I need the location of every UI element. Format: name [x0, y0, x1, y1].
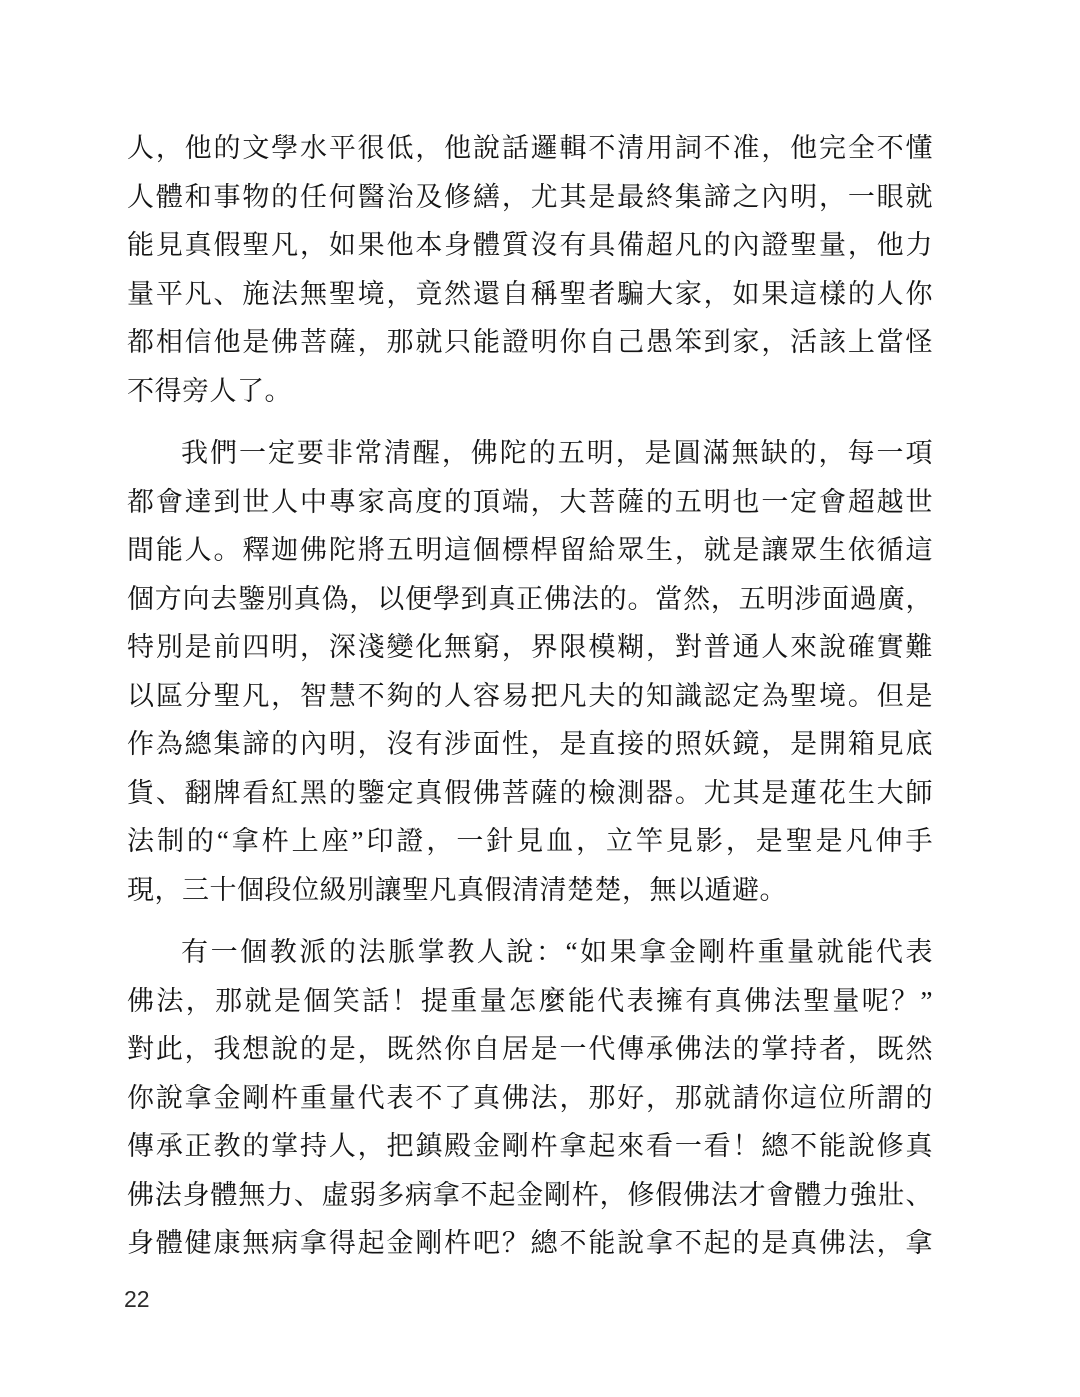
text-line: 特別是前四明，深淺變化無窮，界限模糊，對普通人來說確實難 — [127, 623, 933, 672]
paragraph-1: 人，他的文學水平很低，他說話邏輯不清用詞不准，他完全不懂 人體和事物的任何醫治及… — [127, 124, 933, 415]
text-line: 都會達到世人中專家高度的頂端，大菩薩的五明也一定會超越世 — [127, 478, 933, 527]
text-line: 身體健康無病拿得起金剛杵吧？總不能說拿不起的是真佛法，拿 — [127, 1219, 933, 1268]
text-line: 貨、翻牌看紅黑的鑒定真假佛菩薩的檢測器。尤其是蓮花生大師 — [127, 769, 933, 818]
text-line: 現，三十個段位級別讓聖凡真假清清楚楚，無以遁避。 — [127, 866, 933, 915]
paragraph-3: 有一個教派的法脈掌教人說：“如果拿金剛杵重量就能代表 佛法，那就是個笑話！提重量… — [127, 928, 933, 1268]
text-line: 能見真假聖凡，如果他本身體質沒有具備超凡的內證聖量，他力 — [127, 221, 933, 270]
text-line: 法制的“拿杵上座”印證，一針見血，立竿見影，是聖是凡伸手 — [127, 817, 933, 866]
document-page: 人，他的文學水平很低，他說話邏輯不清用詞不准，他完全不懂 人體和事物的任何醫治及… — [0, 0, 1080, 1397]
text-line: 傳承正教的掌持人，把鎮殿金剛杵拿起來看一看！總不能說修真 — [127, 1122, 933, 1171]
page-number: 22 — [124, 1286, 150, 1313]
text-line: 佛法身體無力、虛弱多病拿不起金剛杵，修假佛法才會體力強壯、 — [127, 1171, 933, 1220]
text-line: 作為總集諦的內明，沒有涉面性，是直接的照妖鏡，是開箱見底 — [127, 720, 933, 769]
text-line: 你說拿金剛杵重量代表不了真佛法，那好，那就請你這位所謂的 — [127, 1074, 933, 1123]
text-line: 有一個教派的法脈掌教人說：“如果拿金剛杵重量就能代表 — [127, 928, 933, 977]
text-line: 不得旁人了。 — [127, 367, 933, 416]
body-text: 人，他的文學水平很低，他說話邏輯不清用詞不准，他完全不懂 人體和事物的任何醫治及… — [127, 124, 933, 1282]
text-line: 都相信他是佛菩薩，那就只能證明你自己愚笨到家，活該上當怪 — [127, 318, 933, 367]
text-line: 量平凡、施法無聖境，竟然還自稱聖者騙大家，如果這樣的人你 — [127, 270, 933, 319]
text-line: 人體和事物的任何醫治及修繕，尤其是最終集諦之內明，一眼就 — [127, 173, 933, 222]
text-line: 個方向去鑒別真偽，以便學到真正佛法的。當然，五明涉面過廣， — [127, 575, 933, 624]
text-line: 佛法，那就是個笑話！提重量怎麼能代表擁有真佛法聖量呢？” — [127, 977, 933, 1026]
text-line: 以區分聖凡，智慧不夠的人容易把凡夫的知識認定為聖境。但是 — [127, 672, 933, 721]
text-line: 對此，我想說的是，既然你自居是一代傳承佛法的掌持者，既然 — [127, 1025, 933, 1074]
paragraph-2: 我們一定要非常清醒，佛陀的五明，是圓滿無缺的，每一項 都會達到世人中專家高度的頂… — [127, 429, 933, 914]
text-line: 間能人。釋迦佛陀將五明這個標桿留給眾生，就是讓眾生依循這 — [127, 526, 933, 575]
text-line: 我們一定要非常清醒，佛陀的五明，是圓滿無缺的，每一項 — [127, 429, 933, 478]
text-line: 人，他的文學水平很低，他說話邏輯不清用詞不准，他完全不懂 — [127, 124, 933, 173]
